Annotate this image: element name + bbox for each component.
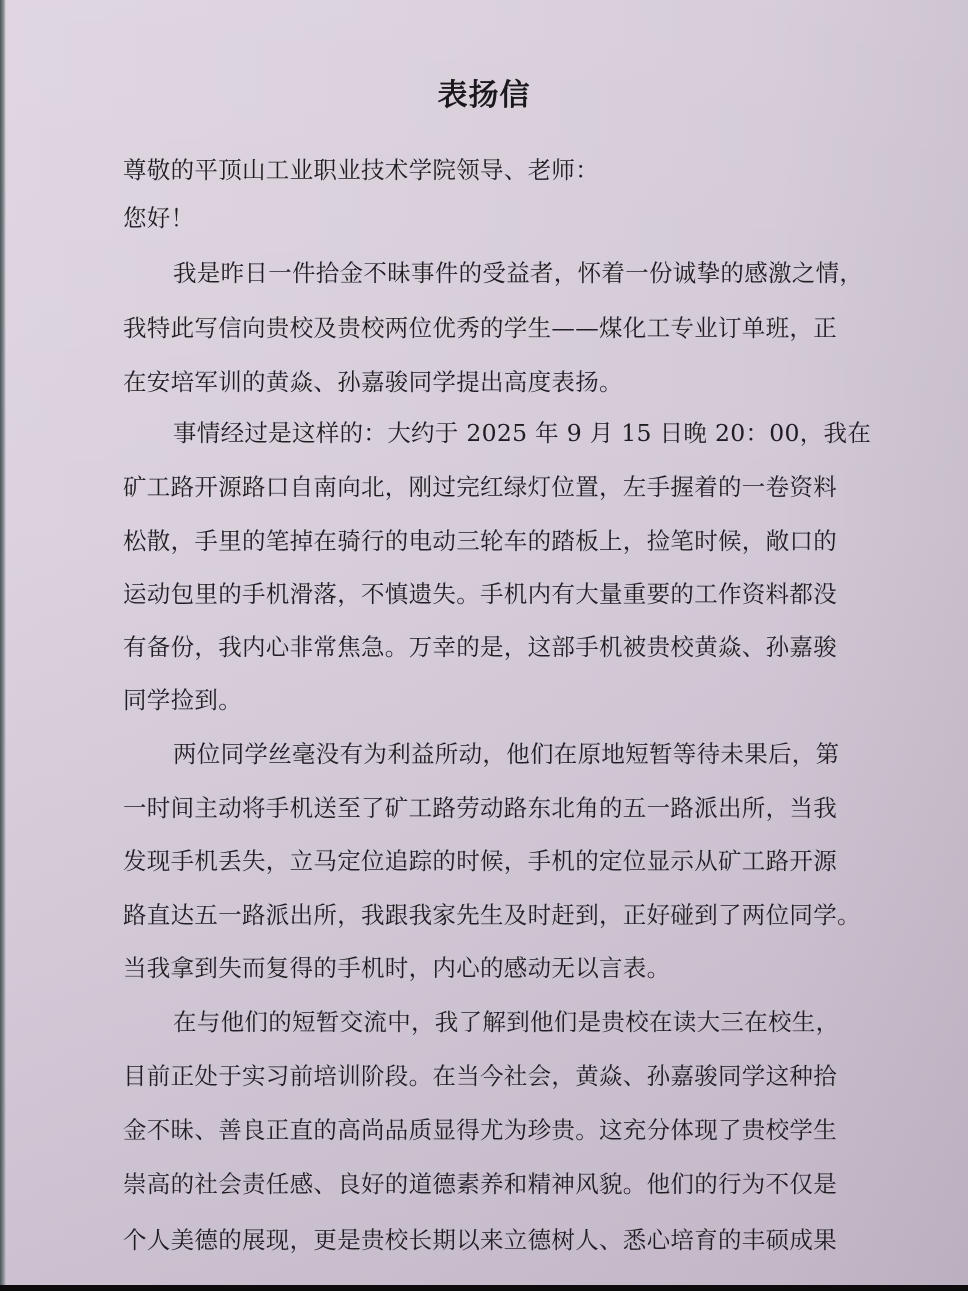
paragraph-1-line-1: 我是昨日一件拾金不昧事件的受益者，怀着一份诚挚的感激之情， bbox=[173, 258, 863, 288]
bottom-edge-strip bbox=[0, 1285, 968, 1291]
paragraph-3-line-4: 路直达五一路派出所，我跟我家先生及时赶到，正好碰到了两位同学。 bbox=[123, 900, 861, 930]
letter-title: 表扬信 bbox=[0, 70, 968, 114]
paragraph-1-line-2: 我特此写信向贵校及贵校两位优秀的学生——煤化工专业订单班，正 bbox=[123, 313, 837, 343]
paragraph-2-line-2: 矿工路开源路口自南向北，刚过完红绿灯位置，左手握着的一卷资料 bbox=[123, 472, 837, 502]
salutation: 尊敬的平顶山工业职业技术学院领导、老师： bbox=[123, 155, 599, 185]
paragraph-3-line-1: 两位同学丝毫没有为利益所动，他们在原地短暂等待未果后，第 bbox=[173, 739, 839, 769]
paragraph-4-line-4: 崇高的社会责任感、良好的道德素养和精神风貌。他们的行为不仅是 bbox=[123, 1169, 837, 1199]
paragraph-2-line-5: 有备份，我内心非常焦急。万幸的是，这部手机被贵校黄焱、孙嘉骏 bbox=[123, 632, 837, 662]
paragraph-4-line-2: 目前正处于实习前培训阶段。在当今社会，黄焱、孙嘉骏同学这种拾 bbox=[123, 1061, 837, 1091]
letter-page: 表扬信 尊敬的平顶山工业职业技术学院领导、老师： 您好！ 我是昨日一件拾金不昧事… bbox=[0, 0, 968, 1291]
paragraph-3-line-5: 当我拿到失而复得的手机时，内心的感动无以言表。 bbox=[123, 953, 670, 983]
paragraph-3-line-2: 一时间主动将手机送至了矿工路劳动路东北角的五一路派出所，当我 bbox=[123, 793, 837, 823]
paragraph-2-line-4: 运动包里的手机滑落，不慎遗失。手机内有大量重要的工作资料都没 bbox=[123, 579, 837, 609]
paragraph-2-line-3: 松散，手里的笔掉在骑行的电动三轮车的踏板上，捡笔时候，敞口的 bbox=[123, 526, 837, 556]
paragraph-2-line-6: 同学捡到。 bbox=[123, 685, 242, 715]
paragraph-1-line-3: 在安培军训的黄焱、孙嘉骏同学提出高度表扬。 bbox=[123, 367, 623, 397]
paragraph-4-line-5: 个人美德的展现，更是贵校长期以来立德树人、悉心培育的丰硕成果 bbox=[123, 1225, 837, 1255]
paragraph-3-line-3: 发现手机丢失，立马定位追踪的时候，手机的定位显示从矿工路开源 bbox=[123, 846, 837, 876]
greeting: 您好！ bbox=[123, 203, 194, 233]
paragraph-4-line-1: 在与他们的短暂交流中，我了解到他们是贵校在读大三在校生， bbox=[173, 1007, 839, 1037]
paragraph-4-line-3: 金不昧、善良正直的高尚品质显得尤为珍贵。这充分体现了贵校学生 bbox=[123, 1115, 837, 1145]
paragraph-2-line-1: 事情经过是这样的：大约于 2025 年 9 月 15 日晚 20：00，我在 bbox=[173, 418, 871, 448]
